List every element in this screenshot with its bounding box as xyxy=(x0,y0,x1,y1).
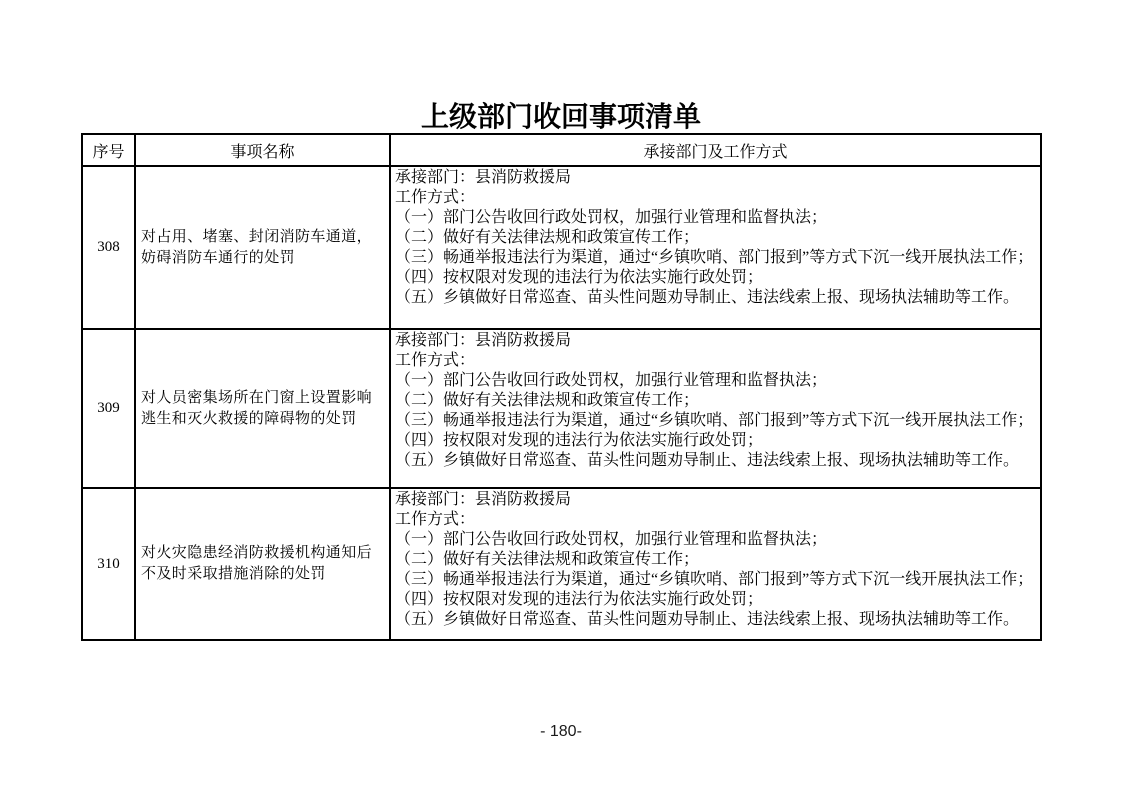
row-index: 308 xyxy=(82,166,135,329)
method-line: （一）部门公告收回行政处罚权，加强行业管理和监督执法； xyxy=(395,371,1036,391)
method-line: （一）部门公告收回行政处罚权，加强行业管理和监督执法； xyxy=(395,530,1036,550)
header-index: 序号 xyxy=(82,134,135,166)
item-name: 对占用、堵塞、封闭消防车通道，妨碍消防车通行的处罚 xyxy=(135,166,390,329)
method-line: 工作方式： xyxy=(395,188,1036,208)
method-line: （四）按权限对发现的违法行为依法实施行政处罚； xyxy=(395,268,1036,288)
item-name: 对人员密集场所在门窗上设置影响逃生和灭火救援的障碍物的处罚 xyxy=(135,329,390,488)
page-number: - 180- xyxy=(0,723,1122,741)
method-line: 承接部门：县消防救援局 xyxy=(395,490,1036,510)
method-line: （三）畅通举报违法行为渠道，通过“乡镇吹哨、部门报到”等方式下沉一线开展执法工作… xyxy=(395,570,1036,590)
header-method: 承接部门及工作方式 xyxy=(390,134,1041,166)
items-table: 序号 事项名称 承接部门及工作方式 308 对占用、堵塞、封闭消防车通道，妨碍消… xyxy=(81,133,1042,641)
item-method: 承接部门：县消防救援局 工作方式： （一）部门公告收回行政处罚权，加强行业管理和… xyxy=(390,166,1041,329)
table-row: 309 对人员密集场所在门窗上设置影响逃生和灭火救援的障碍物的处罚 承接部门：县… xyxy=(82,329,1041,488)
item-method: 承接部门：县消防救援局 工作方式： （一）部门公告收回行政处罚权，加强行业管理和… xyxy=(390,488,1041,640)
method-line: （三）畅通举报违法行为渠道，通过“乡镇吹哨、部门报到”等方式下沉一线开展执法工作… xyxy=(395,248,1036,268)
method-line: （三）畅通举报违法行为渠道，通过“乡镇吹哨、部门报到”等方式下沉一线开展执法工作… xyxy=(395,411,1036,431)
document-page: 上级部门收回事项清单 序号 事项名称 承接部门及工作方式 308 对占用、堵塞、… xyxy=(0,0,1122,793)
item-name: 对火灾隐患经消防救援机构通知后不及时采取措施消除的处罚 xyxy=(135,488,390,640)
method-line: 工作方式： xyxy=(395,351,1036,371)
method-line: 承接部门：县消防救援局 xyxy=(395,331,1036,351)
page-title: 上级部门收回事项清单 xyxy=(0,95,1122,135)
method-line: （一）部门公告收回行政处罚权，加强行业管理和监督执法； xyxy=(395,208,1036,228)
method-line: 承接部门：县消防救援局 xyxy=(395,168,1036,188)
method-line: （四）按权限对发现的违法行为依法实施行政处罚； xyxy=(395,590,1036,610)
method-line: （五）乡镇做好日常巡查、苗头性问题劝导制止、违法线索上报、现场执法辅助等工作。 xyxy=(395,610,1036,630)
method-line: （四）按权限对发现的违法行为依法实施行政处罚； xyxy=(395,431,1036,451)
row-index: 310 xyxy=(82,488,135,640)
table-row: 308 对占用、堵塞、封闭消防车通道，妨碍消防车通行的处罚 承接部门：县消防救援… xyxy=(82,166,1041,329)
method-line: （五）乡镇做好日常巡查、苗头性问题劝导制止、违法线索上报、现场执法辅助等工作。 xyxy=(395,288,1036,308)
method-line: （五）乡镇做好日常巡查、苗头性问题劝导制止、违法线索上报、现场执法辅助等工作。 xyxy=(395,451,1036,471)
row-index: 309 xyxy=(82,329,135,488)
table-row: 310 对火灾隐患经消防救援机构通知后不及时采取措施消除的处罚 承接部门：县消防… xyxy=(82,488,1041,640)
method-line: （二）做好有关法律法规和政策宣传工作； xyxy=(395,391,1036,411)
item-method: 承接部门：县消防救援局 工作方式： （一）部门公告收回行政处罚权，加强行业管理和… xyxy=(390,329,1041,488)
method-line: （二）做好有关法律法规和政策宣传工作； xyxy=(395,228,1036,248)
table-header-row: 序号 事项名称 承接部门及工作方式 xyxy=(82,134,1041,166)
method-line: （二）做好有关法律法规和政策宣传工作； xyxy=(395,550,1036,570)
header-item-name: 事项名称 xyxy=(135,134,390,166)
method-line: 工作方式： xyxy=(395,510,1036,530)
